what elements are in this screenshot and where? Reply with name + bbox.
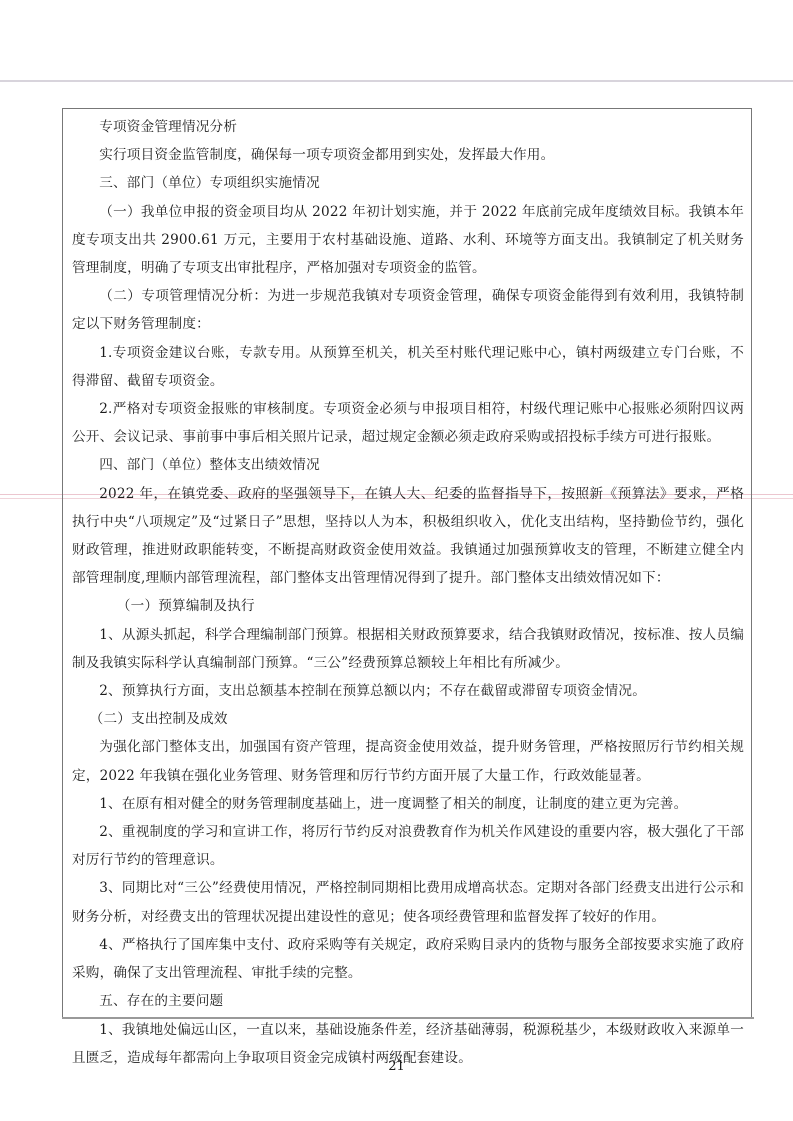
page-number: 21 — [0, 1059, 793, 1074]
paragraph: 为强化部门整体支出，加强国有资产管理，提高资金使用效益，提升财务管理，严格按照厉… — [72, 733, 744, 789]
list-item: 3、同期比对“三公”经费使用情况，严格控制同期相比费用成增高状态。定期对各部门经… — [72, 874, 744, 930]
section-heading: 五、存在的主要问题 — [72, 987, 744, 1015]
list-item: 1.专项资金建议台账，专款专用。从预算至机关，机关至村账代理记账中心，镇村两级建… — [72, 339, 744, 395]
document-body: 专项资金管理情况分析 实行项目资金监管制度，确保每一项专项资金都用到实处，发挥最… — [72, 113, 744, 1072]
section-heading: 三、部门（单位）专项组织实施情况 — [72, 169, 744, 197]
list-item: 4、严格执行了国库集中支付、政府采购等有关规定，政府采购目录内的货物与服务全部按… — [72, 931, 744, 987]
paragraph: 专项资金管理情况分析 — [72, 113, 744, 141]
subsection-heading: （二）支出控制及成效 — [72, 705, 744, 733]
list-item: 1、在原有相对健全的财务管理制度基础上，进一度调整了相关的制度，让制度的建立更为… — [72, 790, 744, 818]
paragraph: （一）我单位申报的资金项目均从 2022 年初计划实施，并于 2022 年底前完… — [72, 198, 744, 283]
subsection-heading: （一）预算编制及执行 — [72, 592, 744, 620]
list-item: 2、重视制度的学习和宣讲工作，将厉行节约反对浪费教育作为机关作风建设的重要内容，… — [72, 818, 744, 874]
top-rule — [0, 80, 793, 82]
paragraph: 2022 年，在镇党委、政府的坚强领导下，在镇人大、纪委的监督指导下，按照新《预… — [72, 480, 744, 593]
list-item: 2、预算执行方面，支出总额基本控制在预算总额以内；不存在截留或滞留专项资金情况。 — [72, 677, 744, 705]
paragraph: （二）专项管理情况分析：为进一步规范我镇对专项资金管理，确保专项资金能得到有效利… — [72, 282, 744, 338]
list-item: 2.严格对专项资金报账的审核制度。专项资金必须与申报项目相符，村级代理记账中心报… — [72, 395, 744, 451]
list-item: 1、从源头抓起，科学合理编制部门预算。根据相关财政预算要求，结合我镇财政情况，按… — [72, 621, 744, 677]
section-heading: 四、部门（单位）整体支出绩效情况 — [72, 451, 744, 479]
paragraph: 实行项目资金监管制度，确保每一项专项资金都用到实处，发挥最大作用。 — [72, 141, 744, 169]
